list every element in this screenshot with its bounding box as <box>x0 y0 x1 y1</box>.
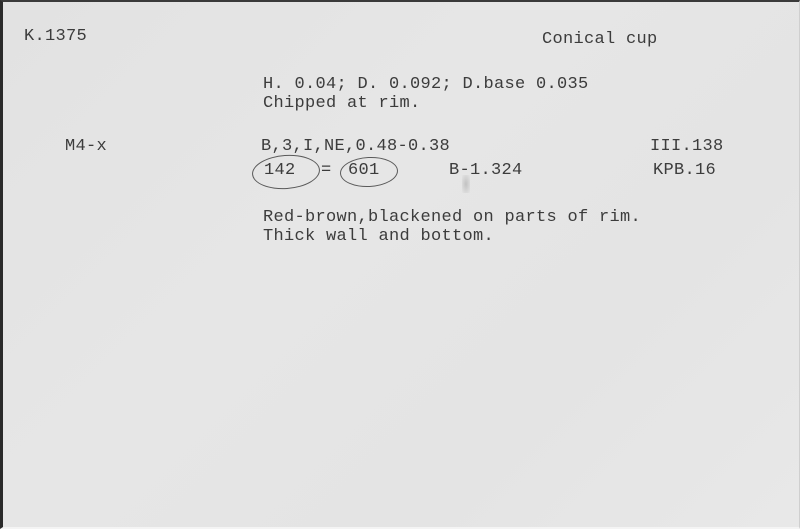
kpb-reference: KPB.16 <box>653 161 716 180</box>
findspot: B,3,I,NE,0.48-0.38 <box>261 137 450 156</box>
description-line: Thick wall and bottom. <box>263 227 494 246</box>
old-number-a: 142 <box>264 161 296 180</box>
ink-smudge <box>462 175 470 193</box>
b-number: B-1.324 <box>449 161 523 180</box>
location-code: M4-x <box>65 137 107 156</box>
equals-sign: = <box>321 161 332 180</box>
catalog-reference: III.138 <box>650 137 724 156</box>
dimensions: H. 0.04; D. 0.092; D.base 0.035 <box>263 75 589 94</box>
description-line: Red-brown,blackened on parts of rim. <box>263 208 641 227</box>
catalog-card: K.1375 Conical cup H. 0.04; D. 0.092; D.… <box>0 0 800 529</box>
object-type: Conical cup <box>542 30 658 49</box>
condition-note: Chipped at rim. <box>263 94 421 113</box>
accession-number: K.1375 <box>24 27 87 46</box>
old-number-b: 601 <box>348 161 380 180</box>
